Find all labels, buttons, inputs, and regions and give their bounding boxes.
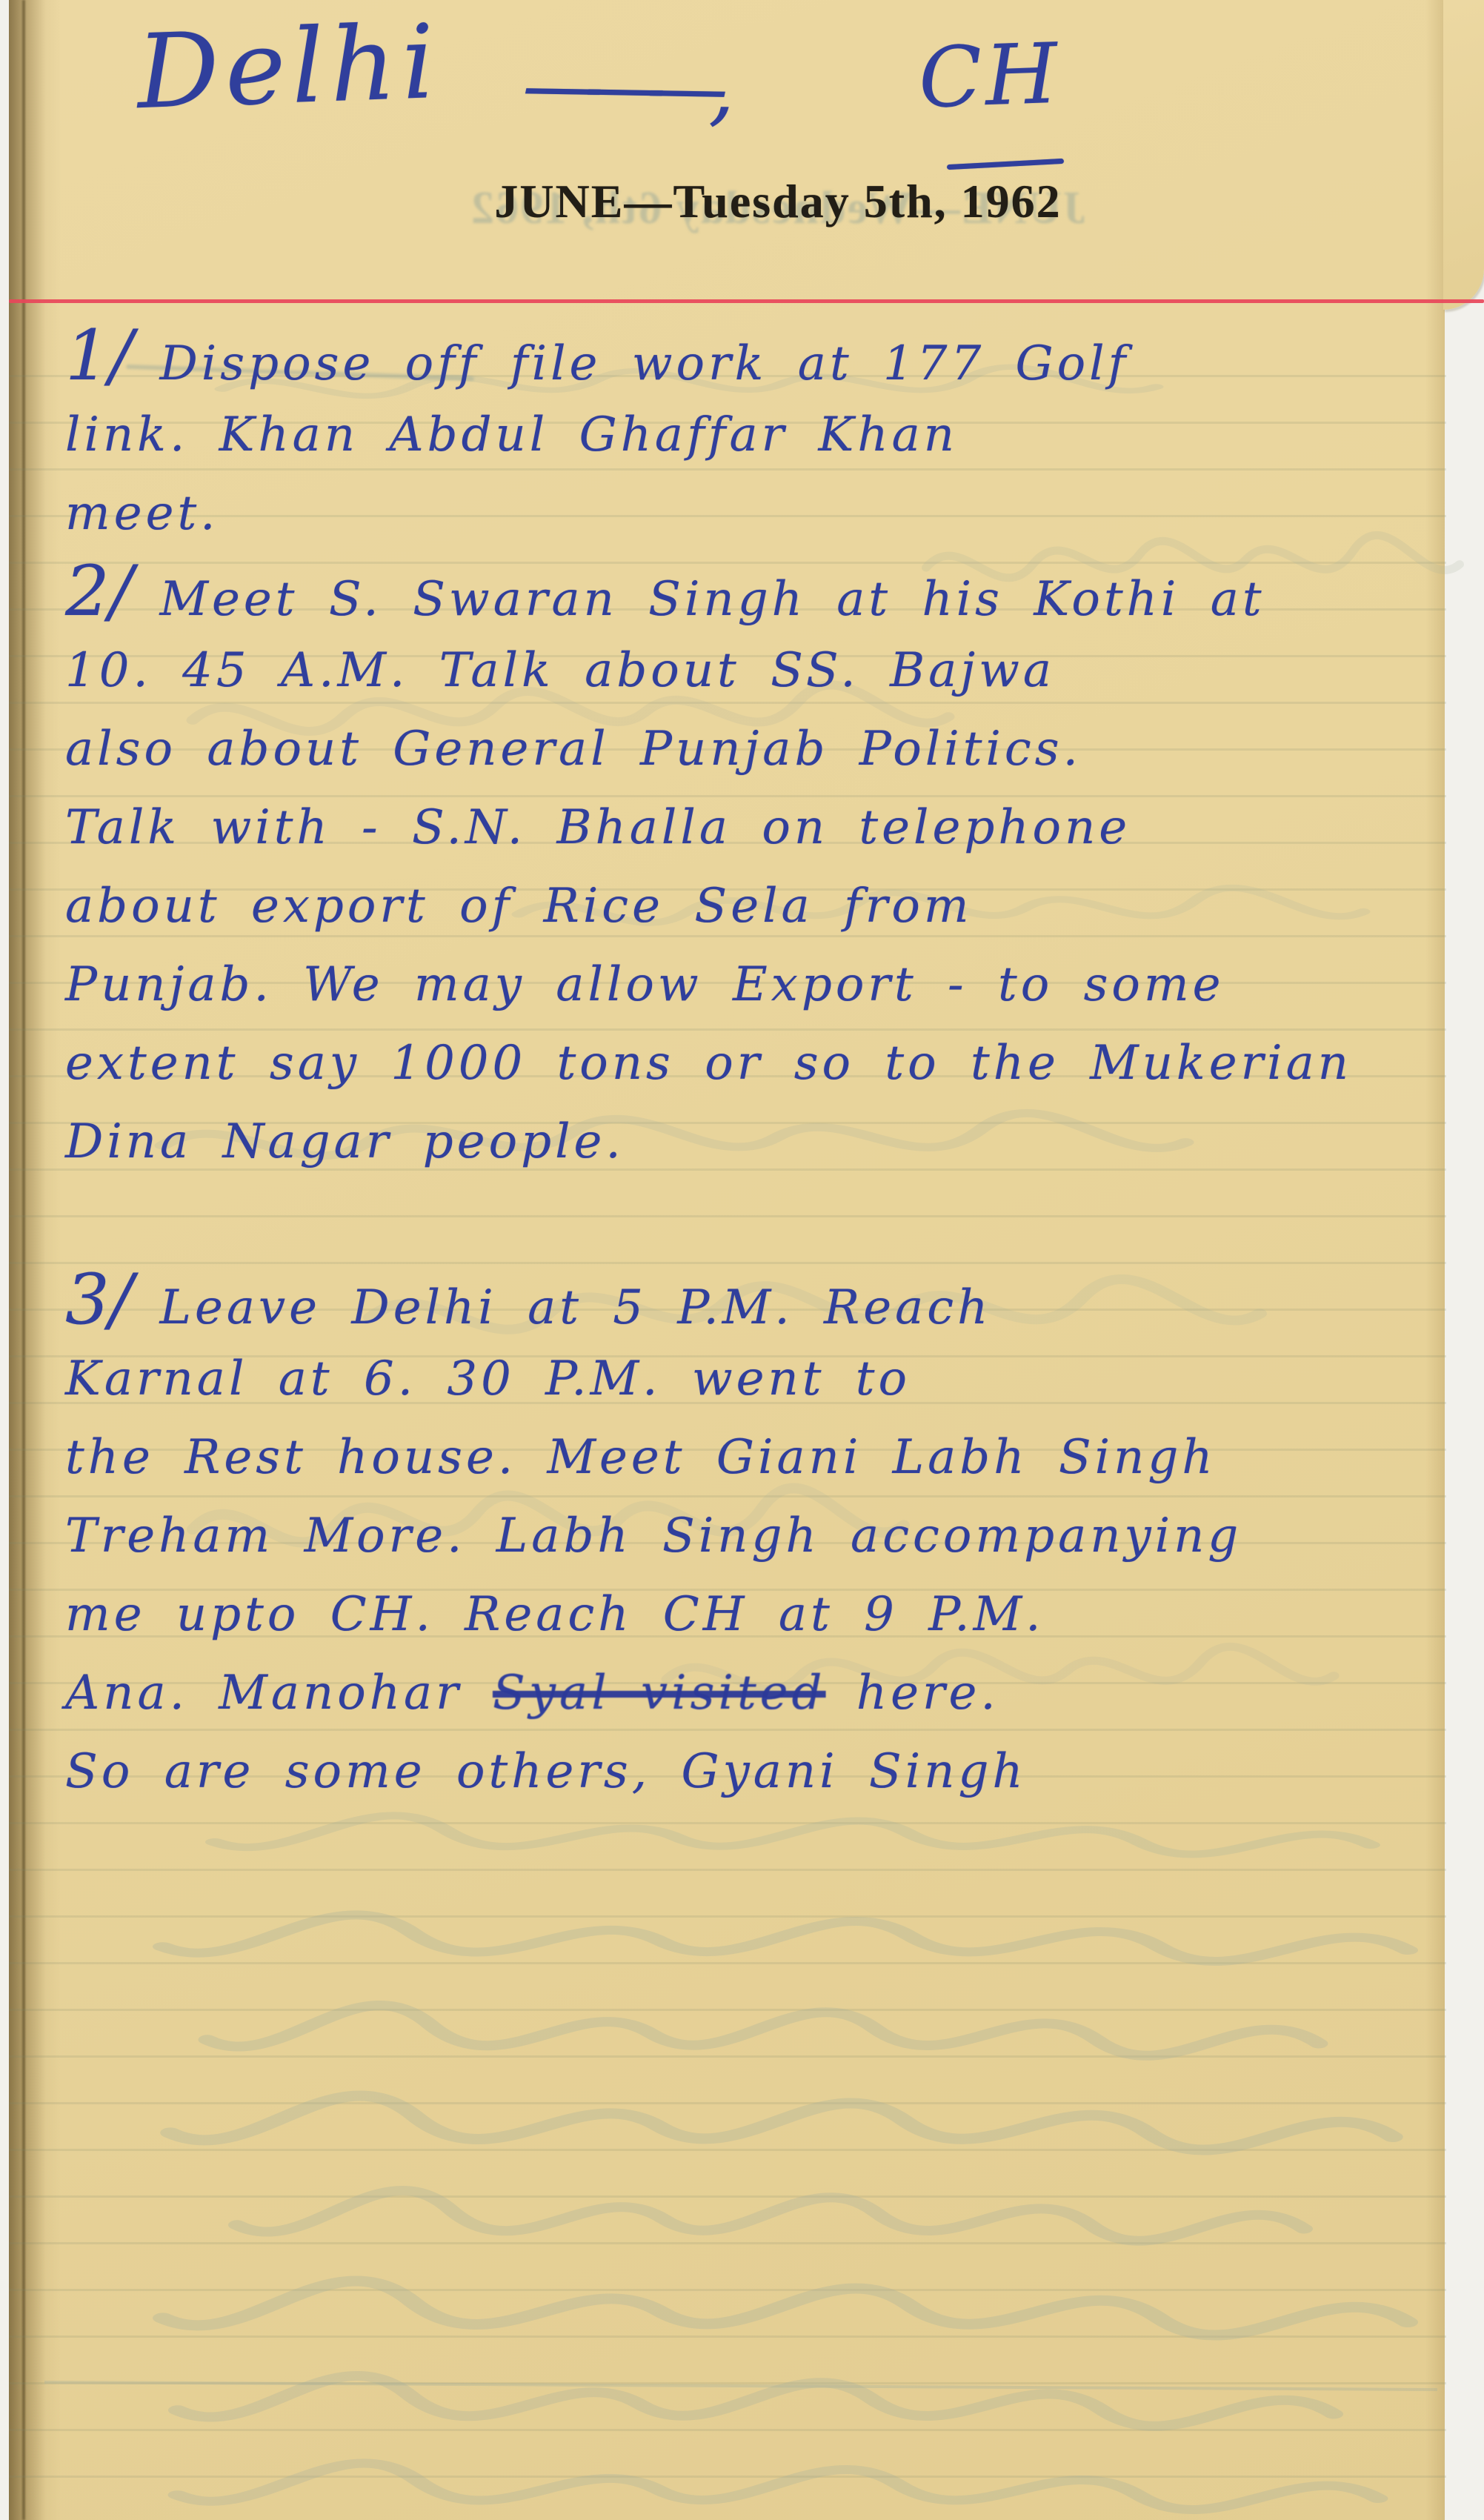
diary-line: 10. 45 A.M. Talk about SS. Bajwa bbox=[65, 631, 1458, 710]
diary-line: about export of Rice Sela from bbox=[65, 867, 1458, 945]
diary-scan: { "diary": { "handwritten_heading": "Del… bbox=[0, 0, 1484, 2520]
diary-line: Dina Nagar people. bbox=[65, 1103, 1458, 1181]
red-margin-rule bbox=[9, 299, 1484, 303]
diary-line: So are some others, Gyani Singh bbox=[65, 1732, 1458, 1811]
diary-line: Punjab. We may allow Export - to some bbox=[65, 945, 1458, 1024]
printed-date-header: JUNE—Tuesday 5th, 1962 bbox=[96, 174, 1460, 229]
diary-line: Ana. Manohar Syal visited here. bbox=[65, 1654, 1458, 1732]
entry-number: 1/ bbox=[65, 316, 133, 396]
entry-number: 2/ bbox=[65, 551, 133, 632]
diary-line: link. Khan Abdul Ghaffar Khan bbox=[65, 396, 1458, 474]
diary-line: Karnal at 6. 30 P.M. went to bbox=[65, 1340, 1458, 1418]
diary-line: also about General Punjab Politics. bbox=[65, 710, 1458, 788]
diary-line: 2/Meet S. Swaran Singh at his Kothi at bbox=[65, 553, 1458, 631]
page-top-right-corner bbox=[1443, 0, 1484, 310]
diary-entries: 1/Dispose off file work at 177 Golflink.… bbox=[65, 317, 1458, 1811]
diary-line: 1/Dispose off file work at 177 Golf bbox=[65, 317, 1458, 396]
diary-line: me upto CH. Reach CH at 9 P.M. bbox=[65, 1575, 1458, 1654]
diary-line: 3/Leave Delhi at 5 P.M. Reach bbox=[65, 1261, 1458, 1340]
diary-line: Talk with - S.N. Bhalla on telephone bbox=[65, 788, 1458, 867]
diary-line: extent say 1000 tons or so to the Mukeri… bbox=[65, 1024, 1458, 1103]
diary-line: Treham More. Labh Singh accompanying bbox=[65, 1497, 1458, 1575]
diary-line: meet. bbox=[65, 474, 1458, 553]
entry-number: 3/ bbox=[65, 1260, 133, 1340]
handwritten-heading-delhi: Delhi bbox=[135, 2, 442, 132]
heading-mark-ch: CH bbox=[917, 26, 1062, 127]
struck-out-text: Syal visited bbox=[493, 1666, 825, 1721]
heading-dash-stroke: ———, bbox=[522, 37, 716, 136]
diary-line: the Rest house. Meet Giani Labh Singh bbox=[65, 1418, 1458, 1497]
